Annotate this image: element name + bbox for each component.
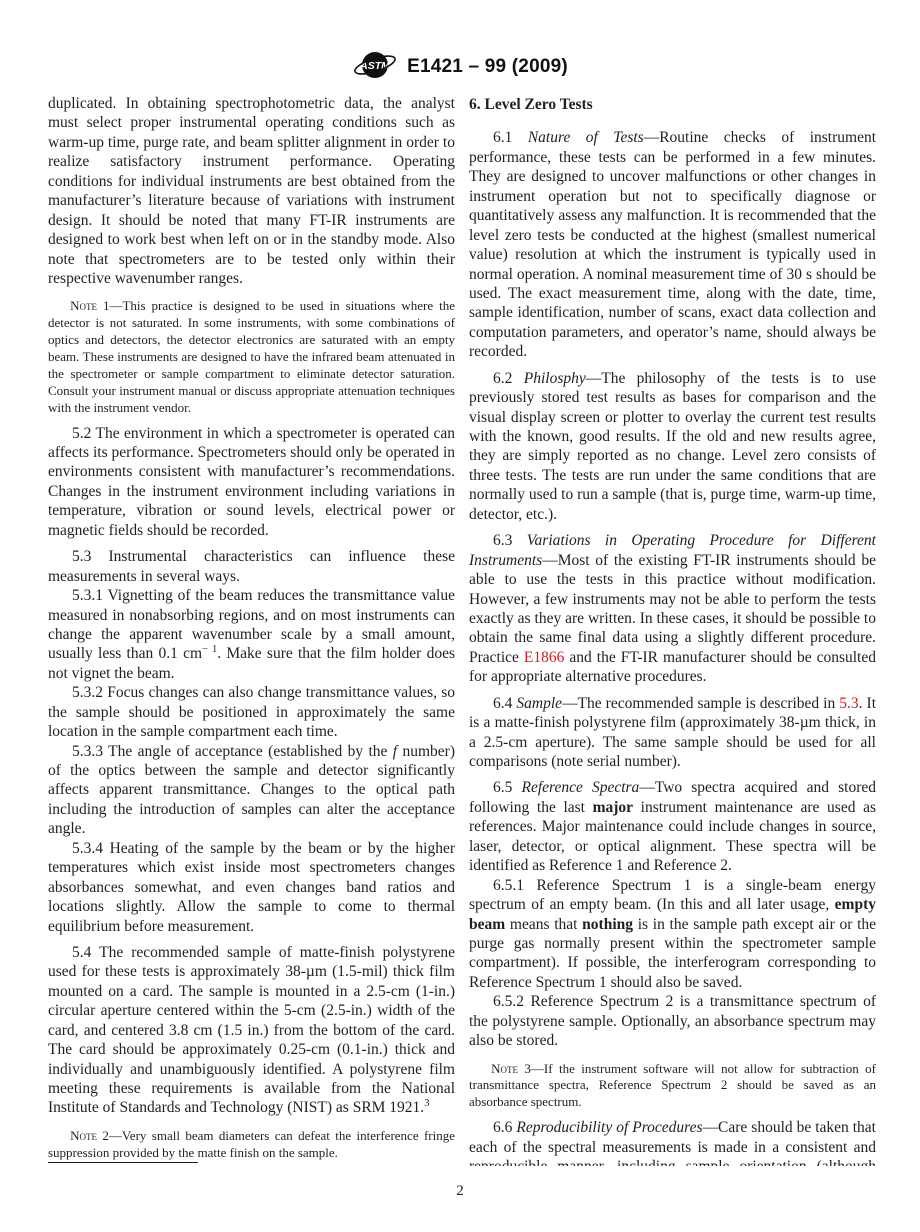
para-6-6: 6.6 Reproducibility of Procedures—Care s… [469,1118,876,1166]
para-6-4: 6.4 Sample—The recommended sample is des… [469,694,876,772]
para-5-2: 5.2 The environment in which a spectrome… [48,424,455,541]
text-run: 6. Level Zero Tests [469,96,593,113]
text-run: —Routine checks of instrument performanc… [469,129,876,360]
astm-logo-icon: ASTM [352,49,398,86]
text-run: Reproducibility of Procedures [516,1119,702,1136]
text-run: major [593,799,633,816]
page-number: 2 [456,1183,464,1199]
two-column-body: duplicated. In obtaining spectrophotomet… [48,94,876,1166]
para-5-3-2: 5.3.2 Focus changes can also change tran… [48,683,455,741]
text-run: 6.1 [493,129,528,146]
text-run: Philosphy [524,370,586,387]
text-run: 6.5.2 Reference Spectrum 2 is a transmit… [469,993,876,1049]
para-5-3-4: 5.3.4 Heating of the sample by the beam … [48,839,455,936]
link-5.3[interactable]: 5.3 [839,695,858,712]
text-run: 6.2 [493,370,524,387]
para-6-3: 6.3 Variations in Operating Procedure fo… [469,531,876,687]
para-6-1: 6.1 Nature of Tests—Routine checks of in… [469,128,876,361]
text-run: Note 1— [70,298,122,313]
text-run: duplicated. In obtaining spectrophotomet… [48,95,455,287]
text-run: Note 2— [70,1128,122,1143]
text-run: —The recommended sample is described in [562,695,839,712]
text-run: 5.3.2 Focus changes can also change tran… [48,684,455,740]
right-column: 6. Level Zero Tests6.1 Nature of Tests—R… [469,94,876,1166]
para-5-3-1: 5.3.1 Vignetting of the beam reduces the… [48,586,455,683]
page-footer: 2 [0,1183,920,1200]
para-6-2: 6.2 Philosphy—The philosophy of the test… [469,369,876,525]
text-run: 6.3 [493,532,527,549]
text-run: 3 [424,1098,429,1109]
text-run: 6.4 [493,695,516,712]
note-3: Note 3—If the instrument software will n… [469,1061,876,1112]
para-5-3-3: 5.3.3 The angle of acceptance (establish… [48,742,455,839]
para-5-3: 5.3 Instrumental characteristics can inf… [48,547,455,586]
text-run: Reference Spectra [521,779,639,796]
text-run: —The philosophy of the tests is to use p… [469,370,876,523]
para-6-5: 6.5 Reference Spectra—Two spectra acquir… [469,778,876,875]
text-run: Sample [516,695,562,712]
text-run: − 1 [202,644,217,655]
text-run: 6.5 [493,779,521,796]
note-2: Note 2—Very small beam diameters can def… [48,1128,455,1162]
text-run: 5.4 The recommended sample of matte-fini… [48,944,455,1117]
text-run: 5.2 The environment in which a spectrome… [48,425,455,539]
text-run: 6.5.1 Reference Spectrum 1 is a single-b… [469,877,876,913]
para-6-5-1: 6.5.1 Reference Spectrum 1 is a single-b… [469,876,876,993]
text-run: Note 3— [491,1061,544,1076]
section-6-heading: 6. Level Zero Tests [469,95,876,114]
text-run: 5.3 Instrumental characteristics can inf… [48,548,455,584]
text-run: 6.6 [493,1119,516,1136]
para-5-4: 5.4 The recommended sample of matte-fini… [48,943,455,1118]
doc-code: E1421 – 99 (2009) [407,56,568,78]
para-6-5-2: 6.5.2 Reference Spectrum 2 is a transmit… [469,992,876,1050]
document-page: ASTM E1421 – 99 (2009) duplicated. In ob… [0,0,920,1232]
footnote-rule [48,1162,198,1163]
page-header: ASTM E1421 – 99 (2009) [0,0,920,84]
text-run: means that [505,916,582,933]
text-run: nothing [582,916,633,933]
note-1: Note 1—This practice is designed to be u… [48,298,455,416]
left-column: duplicated. In obtaining spectrophotomet… [48,94,455,1166]
text-run: 5.3.3 The angle of acceptance (establish… [72,743,393,760]
text-run: Nature of Tests [528,129,644,146]
para-5-1-continued: duplicated. In obtaining spectrophotomet… [48,94,455,288]
text-run: This practice is designed to be used in … [48,298,455,414]
text-run: 5.3.4 Heating of the sample by the beam … [48,840,455,935]
link-E1866[interactable]: E1866 [524,649,564,666]
